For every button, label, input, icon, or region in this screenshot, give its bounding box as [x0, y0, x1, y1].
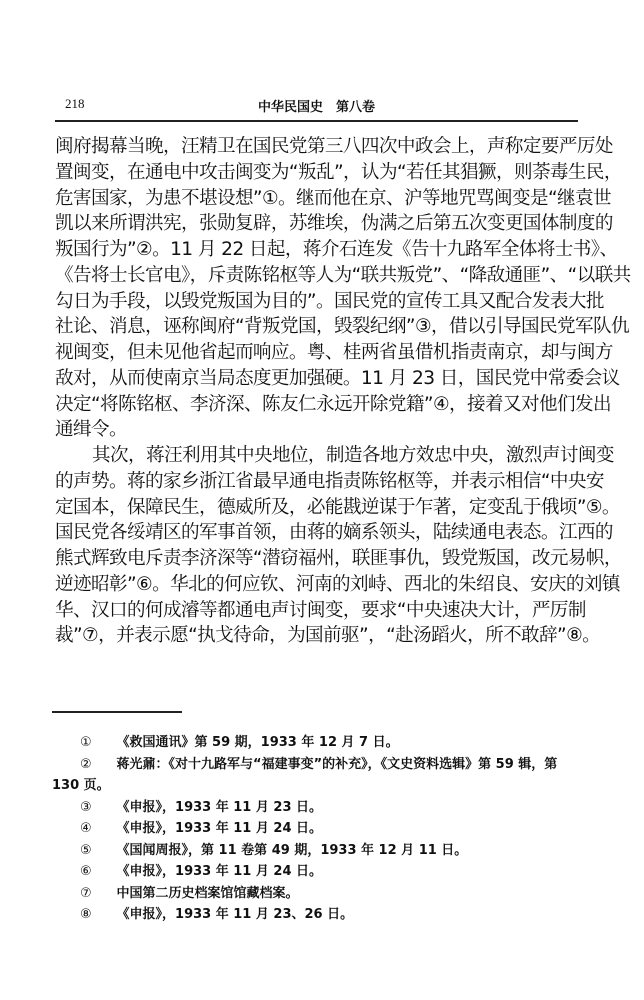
footnote-text: 中国第二历史档案馆馆藏档案。 [117, 886, 299, 901]
footnote-marker: ② [52, 754, 112, 776]
footnote-text: 《申报》，1933 年 11 月 23、26 日。 [117, 907, 354, 922]
footnote-1: ① 《救国通讯》第 59 期，1933 年 12 月 7 日。 [52, 732, 582, 754]
footnote-marker: ⑦ [52, 883, 112, 905]
body-text: 闽府揭幕当晚，汪精卫在国民党第三八四次中政会上，声称定要严厉处 置闽变，在通电中… [55, 134, 578, 649]
text-line: 的声势。蒋的家乡浙江省最早通电指责陈铭枢等，并表示相信“中央安 [55, 469, 578, 495]
text-line: 凯以来所谓洪宪，张勋复辟，苏维埃，伪满之后第五次变更国体制度的 [55, 211, 578, 237]
footnotes: ① 《救国通讯》第 59 期，1933 年 12 月 7 日。 ② 蒋光鼐：《对… [52, 732, 582, 926]
footnote-3: ③ 《申报》，1933 年 11 月 23 日。 [52, 797, 582, 819]
footnote-8: ⑧ 《申报》，1933 年 11 月 23、26 日。 [52, 904, 582, 926]
text-line: 逆迹昭彰”⑥。华北的何应钦、河南的刘峙、西北的朱绍良、安庆的刘镇 [55, 572, 578, 598]
footnote-2-continuation: 130 页。 [52, 775, 582, 797]
footnote-text: 蒋光鼐：《对十九路军与“福建事变”的补充》，《文史资料选辑》第 59 辑，第 [117, 757, 558, 772]
text-line: 社论、消息，诬称闽府“背叛党国，毁裂纪纲”③，借以引导国民党军队仇 [55, 314, 578, 340]
text-line: 危害国家，为患不堪设想”①。继而他在京、沪等地咒骂闽变是“继袁世 [55, 186, 578, 212]
text-line: 闽府揭幕当晚，汪精卫在国民党第三八四次中政会上，声称定要严厉处 [55, 134, 578, 160]
text-line: 置闽变，在通电中攻击闽变为“叛乱”，认为“若任其猖獗，则荼毒生民， [55, 160, 578, 186]
footnote-marker: ⑥ [52, 861, 112, 883]
text-line: 定国本，保障民生，德威所及，必能戡逆谋于乍著，定变乱于俄顷”⑤。 [55, 495, 578, 521]
footnote-text: 《国闻周报》，第 11 卷第 49 期，1933 年 12 月 11 日。 [117, 843, 468, 858]
footnote-marker: ③ [52, 797, 112, 819]
text-line: 视闽变，但未见他省起而响应。粤、桂两省虽借机指责南京，却与闽方 [55, 340, 578, 366]
text-line: 华、汉口的何成濬等都通电声讨闽变，要求“中央速决大计，严厉制 [55, 598, 578, 624]
footnote-5: ⑤ 《国闻周报》，第 11 卷第 49 期，1933 年 12 月 11 日。 [52, 840, 582, 862]
footnote-text: 《申报》，1933 年 11 月 24 日。 [117, 821, 323, 836]
footnote-marker: ① [52, 732, 112, 754]
footnote-marker: ⑧ [52, 904, 112, 926]
running-title: 中华民国史 第八卷 [55, 96, 578, 115]
footnote-7: ⑦ 中国第二历史档案馆馆藏档案。 [52, 883, 582, 905]
page-header: 218 中华民国史 第八卷 [55, 96, 578, 116]
footnote-rule [52, 711, 182, 713]
text-line: 《告将士长官电》，斥责陈铭枢等人为“联共叛党”、“降敌通匪”、“以联共 [55, 263, 578, 289]
text-line: 裁”⑦，并表示愿“执戈待命，为国前驱”，“赴汤蹈火，所不敢辞”⑧。 [55, 623, 578, 649]
text-line: 决定“将陈铭枢、李济深、陈友仁永远开除党籍”④，接着又对他们发出 [55, 392, 578, 418]
text-line: 勾日为手段，以毁党叛国为目的”。国民党的宣传工具又配合发表大批 [55, 289, 578, 315]
footnote-marker: ④ [52, 818, 112, 840]
text-line: 熊式辉致电斥责李济深等“潜窃福州，联匪事仇，毁党叛国，改元易帜， [55, 546, 578, 572]
footnote-text: 《申报》，1933 年 11 月 24 日。 [117, 864, 323, 879]
footnote-text: 《救国通讯》第 59 期，1933 年 12 月 7 日。 [117, 735, 399, 750]
paragraph-start-line: 其次，蒋汪利用其中央地位，制造各地方效忠中央，激烈声讨闽变 [55, 443, 578, 469]
text-line: 叛国行为”②。11 月 22 日起，蒋介石连发《告十九路军全体将士书》、 [55, 237, 578, 263]
footnote-marker: ⑤ [52, 840, 112, 862]
footnote-4: ④ 《申报》，1933 年 11 月 24 日。 [52, 818, 582, 840]
text-line: 国民党各绥靖区的军事首领，由蒋的嫡系领头，陆续通电表态。江西的 [55, 520, 578, 546]
footnote-2: ② 蒋光鼐：《对十九路军与“福建事变”的补充》，《文史资料选辑》第 59 辑，第 [52, 754, 582, 776]
footnote-text: 《申报》，1933 年 11 月 23 日。 [117, 800, 323, 815]
header-rule [55, 120, 578, 122]
footnote-6: ⑥ 《申报》，1933 年 11 月 24 日。 [52, 861, 582, 883]
text-line: 敌对，从而使南京当局态度更加强硬。11 月 23 日，国民党中常委会议 [55, 366, 578, 392]
text-line: 通缉令。 [55, 417, 578, 443]
